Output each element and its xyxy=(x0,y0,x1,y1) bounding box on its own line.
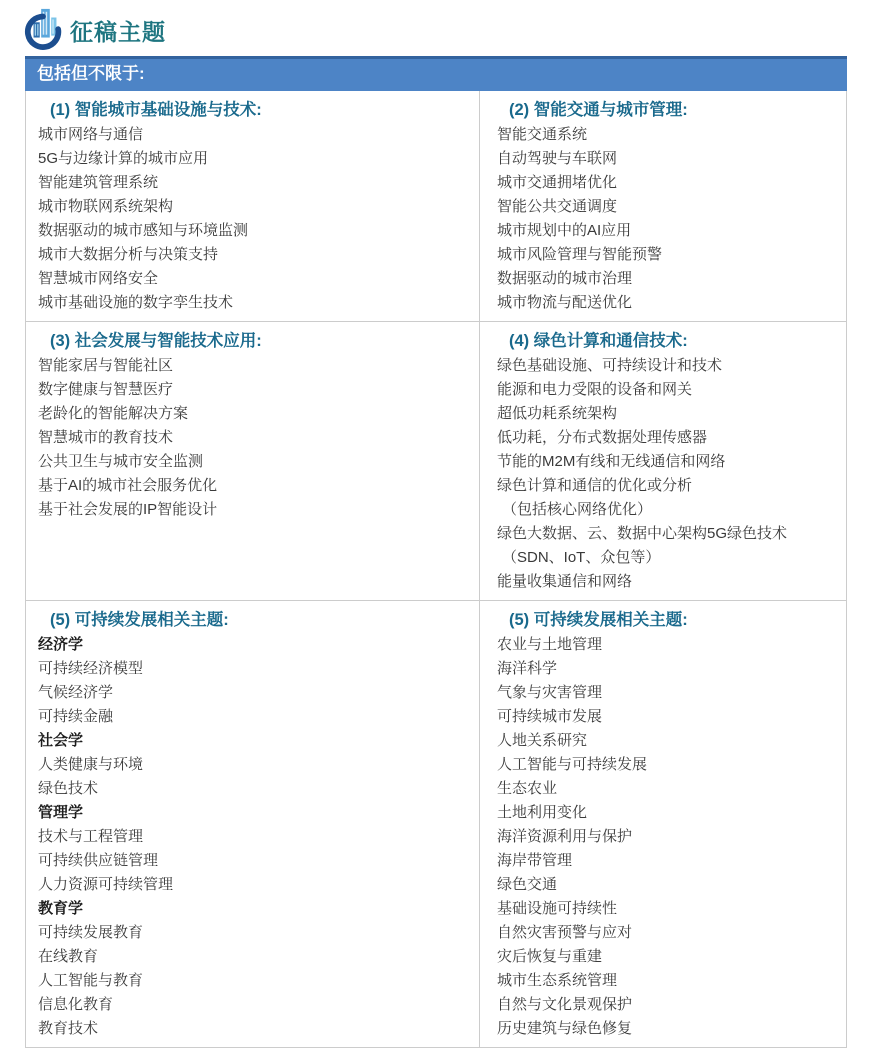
topic-section-5: (5) 可持续发展相关主题:经济学可持续经济模型气候经济学可持续金融社会学人类健… xyxy=(26,601,480,1048)
topic-item: 城市网络与通信 xyxy=(38,123,469,147)
topic-item: 可持续发展教育 xyxy=(38,921,469,945)
topic-item: 教育技术 xyxy=(38,1017,469,1041)
topic-item: 智能家居与智能社区 xyxy=(38,354,469,378)
topic-group-label: 经济学 xyxy=(38,633,469,657)
topic-item: 能源和电力受限的设备和网关 xyxy=(497,378,836,402)
topic-item: 可持续经济模型 xyxy=(38,657,469,681)
topic-item: 信息化教育 xyxy=(38,993,469,1017)
section-title: (1) 智能城市基础设施与技术: xyxy=(38,98,469,123)
topic-item: 城市交通拥堵优化 xyxy=(497,171,836,195)
topic-item: 数字健康与智慧医疗 xyxy=(38,378,469,402)
banner-include-note: 包括但不限于: xyxy=(25,56,847,91)
section-title: (3) 社会发展与智能技术应用: xyxy=(38,329,469,354)
topic-item: 绿色交通 xyxy=(497,873,836,897)
topic-section-3: (3) 社会发展与智能技术应用:智能家居与智能社区数字健康与智慧医疗老龄化的智能… xyxy=(26,322,480,601)
topic-item: 自然灾害预警与应对 xyxy=(497,921,836,945)
topic-item: 低功耗，分布式数据处理传感器 xyxy=(497,426,836,450)
topic-item: 超低功耗系统架构 xyxy=(497,402,836,426)
topic-item: 智慧城市的教育技术 xyxy=(38,426,469,450)
topic-item: 智能交通系统 xyxy=(497,123,836,147)
page-header: 征稿主题 xyxy=(0,0,872,56)
topic-item: 城市风险管理与智能预警 xyxy=(497,243,836,267)
topic-item: 基于AI的城市社会服务优化 xyxy=(38,474,469,498)
topic-item: 海岸带管理 xyxy=(497,849,836,873)
topic-item: 绿色技术 xyxy=(38,777,469,801)
topic-item: 农业与土地管理 xyxy=(497,633,836,657)
topic-item: 智能建筑管理系统 xyxy=(38,171,469,195)
topic-item: 在线教育 xyxy=(38,945,469,969)
topic-item: 5G与边缘计算的城市应用 xyxy=(38,147,469,171)
section-title: (5) 可持续发展相关主题: xyxy=(497,608,836,633)
topics-grid: (1) 智能城市基础设施与技术:城市网络与通信5G与边缘计算的城市应用智能建筑管… xyxy=(25,91,847,1048)
topic-section-6: (5) 可持续发展相关主题:农业与土地管理海洋科学气象与灾害管理可持续城市发展人… xyxy=(480,601,846,1048)
section-title: (5) 可持续发展相关主题: xyxy=(38,608,469,633)
topic-item: 能量收集通信和网络 xyxy=(497,570,836,594)
topic-section-4: (4) 绿色计算和通信技术:绿色基础设施、可持续设计和技术能源和电力受限的设备和… xyxy=(480,322,846,601)
topic-item: 技术与工程管理 xyxy=(38,825,469,849)
topic-item: 数据驱动的城市感知与环境监测 xyxy=(38,219,469,243)
topic-item: 城市大数据分析与决策支持 xyxy=(38,243,469,267)
topic-item: 人地关系研究 xyxy=(497,729,836,753)
topic-item: 公共卫生与城市安全监测 xyxy=(38,450,469,474)
page-title: 征稿主题 xyxy=(70,14,166,47)
topic-item: 海洋资源利用与保护 xyxy=(497,825,836,849)
topic-item: 基础设施可持续性 xyxy=(497,897,836,921)
topic-item: 人工智能与教育 xyxy=(38,969,469,993)
topic-item: 城市物联网系统架构 xyxy=(38,195,469,219)
topic-item: 自然与文化景观保护 xyxy=(497,993,836,1017)
topic-item: 老龄化的智能解决方案 xyxy=(38,402,469,426)
topic-item: 自动驾驶与车联网 xyxy=(497,147,836,171)
topic-item: 人力资源可持续管理 xyxy=(38,873,469,897)
topic-item: 灾后恢复与重建 xyxy=(497,945,836,969)
topic-item: （包括核心网络优化） xyxy=(497,498,836,522)
topic-group-label: 管理学 xyxy=(38,801,469,825)
topic-item: 历史建筑与绿色修复 xyxy=(497,1017,836,1041)
topic-item: 绿色大数据、云、数据中心架构5G绿色技术 xyxy=(497,522,836,546)
section-title: (2) 智能交通与城市管理: xyxy=(497,98,836,123)
topic-item: 可持续金融 xyxy=(38,705,469,729)
topic-item: 土地利用变化 xyxy=(497,801,836,825)
topic-item: 城市生态系统管理 xyxy=(497,969,836,993)
topic-item: 城市规划中的AI应用 xyxy=(497,219,836,243)
topic-item: 生态农业 xyxy=(497,777,836,801)
topic-item: 数据驱动的城市治理 xyxy=(497,267,836,291)
topic-item: 绿色基础设施、可持续设计和技术 xyxy=(497,354,836,378)
topic-item: 可持续供应链管理 xyxy=(38,849,469,873)
topic-item: （SDN、IoT、众包等） xyxy=(497,546,836,570)
topic-group-label: 教育学 xyxy=(38,897,469,921)
topic-item: 人工智能与可持续发展 xyxy=(497,753,836,777)
topic-item: 海洋科学 xyxy=(497,657,836,681)
topic-section-2: (2) 智能交通与城市管理:智能交通系统自动驾驶与车联网城市交通拥堵优化智能公共… xyxy=(480,91,846,322)
topic-item: 气象与灾害管理 xyxy=(497,681,836,705)
topic-item: 城市物流与配送优化 xyxy=(497,291,836,315)
topic-item: 人类健康与环境 xyxy=(38,753,469,777)
topic-item: 城市基础设施的数字孪生技术 xyxy=(38,291,469,315)
topic-item: 可持续城市发展 xyxy=(497,705,836,729)
topic-item: 气候经济学 xyxy=(38,681,469,705)
topic-item: 节能的M2M有线和无线通信和网络 xyxy=(497,450,836,474)
topic-item: 绿色计算和通信的优化或分析 xyxy=(497,474,836,498)
topic-group-label: 社会学 xyxy=(38,729,469,753)
city-building-logo-icon xyxy=(24,6,66,55)
section-title: (4) 绿色计算和通信技术: xyxy=(497,329,836,354)
topic-section-1: (1) 智能城市基础设施与技术:城市网络与通信5G与边缘计算的城市应用智能建筑管… xyxy=(26,91,480,322)
topic-item: 智能公共交通调度 xyxy=(497,195,836,219)
topic-item: 智慧城市网络安全 xyxy=(38,267,469,291)
topic-item: 基于社会发展的IP智能设计 xyxy=(38,498,469,522)
